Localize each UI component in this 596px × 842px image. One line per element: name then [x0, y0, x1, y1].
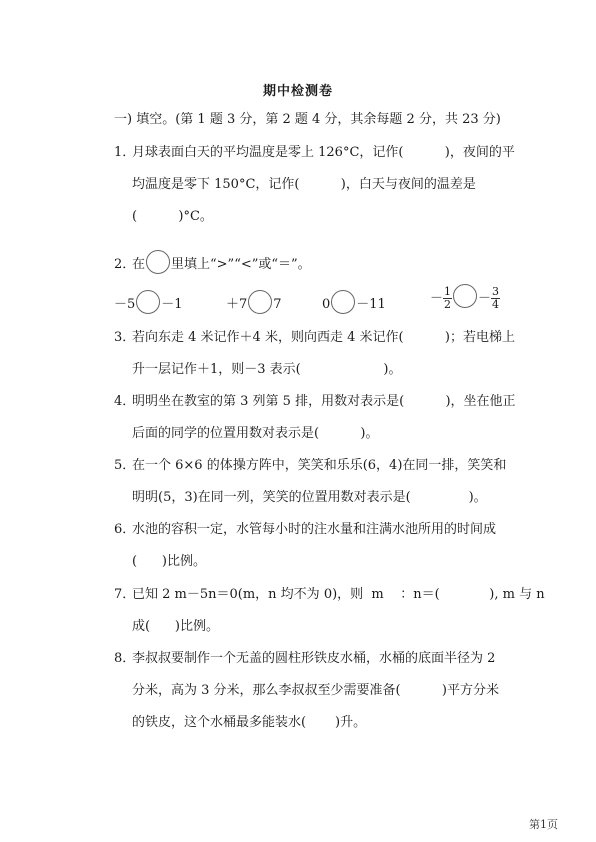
question-3-line-1: 3．若向东走 4 米记作＋4 米，则向西走 4 米记作( )；若电梯上 [114, 330, 515, 346]
answer-circle-icon[interactable] [136, 290, 160, 314]
question-text: 里填上“>”“<”或“＝”。 [171, 257, 311, 272]
question-number: 4． [114, 394, 132, 410]
question-number: 5． [114, 458, 132, 474]
question-number: 1． [114, 145, 132, 161]
comparison-4: －12－34 [430, 284, 500, 311]
question-text: 明明坐在教室的第 3 列第 5 排，用数对表示是( )，坐在他正 [132, 394, 516, 409]
page-title: 期中检测卷 [0, 80, 596, 99]
question-text: 水池的容积一定，水管每小时的注水量和注满水池所用的时间成 [132, 522, 496, 537]
question-number: 2． [114, 257, 132, 273]
answer-circle-icon[interactable] [331, 290, 355, 314]
question-number: 6． [114, 522, 132, 538]
question-7-line-2: 成( )比例。 [132, 619, 219, 635]
comparison-left: ＋7 [226, 297, 247, 312]
question-5-line-1: 5．在一个 6×6 的体操方阵中，笑笑和乐乐(6，4)在同一排，笑笑和 [114, 458, 506, 474]
question-5-line-2: 明明(5，3)在同一列，笑笑的位置用数对表示是( )。 [132, 490, 487, 506]
question-2-line-1: 2．在里填上“>”“<”或“＝”。 [114, 250, 311, 274]
comparison-right: －1 [161, 297, 182, 312]
question-6-line-1: 6．水池的容积一定，水管每小时的注水量和注满水池所用的时间成 [114, 522, 496, 538]
question-text: 月球表面白天的平均温度是零上 126°C，记作( )，夜间的平 [132, 145, 515, 160]
question-text: 已知 2 m－5n＝0(m，n 均不为 0)，则 m ：n＝( ), m 与 n [132, 587, 545, 602]
question-number: 3． [114, 330, 132, 346]
section-label: 一) [114, 112, 132, 127]
comparison-right: 7 [273, 297, 281, 312]
question-1-line-2: 均温度是零下 150°C，记作( )，白天与夜间的温差是 [132, 177, 476, 193]
comparison-1: －5－1 [114, 290, 183, 314]
question-7-line-1: 7．已知 2 m－5n＝0(m，n 均不为 0)，则 m ：n＝( ), m 与… [114, 587, 545, 603]
question-1-line-3: ( )°C。 [132, 209, 213, 225]
question-text: 李叔叔要制作一个无盖的圆柱形铁皮水桶，水桶的底面半径为 2 [132, 651, 495, 666]
question-number: 7． [114, 587, 132, 603]
section-heading: 一) 填空。(第 1 题 3 分，第 2 题 4 分，其余每题 2 分，共 23… [114, 112, 501, 128]
question-4-line-1: 4．明明坐在教室的第 3 列第 5 排，用数对表示是( )，坐在他正 [114, 394, 516, 410]
question-text: 若向东走 4 米记作＋4 米，则向西走 4 米记作( )；若电梯上 [132, 330, 515, 345]
denominator: 2 [443, 299, 452, 311]
question-8-line-1: 8．李叔叔要制作一个无盖的圆柱形铁皮水桶，水桶的底面半径为 2 [114, 651, 495, 667]
question-4-line-2: 后面的同学的位置用数对表示是( )。 [132, 426, 378, 442]
fraction-sign: － [478, 291, 491, 306]
answer-circle-icon[interactable] [453, 284, 477, 308]
question-number: 8． [114, 651, 132, 667]
question-text: 在 [132, 257, 145, 272]
question-6-line-2: ( )比例。 [132, 554, 206, 570]
comparison-2: ＋77 [226, 290, 282, 314]
section-text: 填空。(第 1 题 3 分，第 2 题 4 分，其余每题 2 分，共 23 分) [132, 112, 501, 127]
question-8-line-2: 分米，高为 3 分米，那么李叔叔至少需要准备( )平方分米 [132, 683, 499, 699]
question-8-line-3: 的铁皮，这个水桶最多能装水( )升。 [132, 715, 366, 731]
fraction-sign: － [430, 291, 443, 306]
fraction-left: 12 [443, 286, 452, 311]
comparison-left: －5 [114, 297, 135, 312]
exam-page: 期中检测卷 一) 填空。(第 1 题 3 分，第 2 题 4 分，其余每题 2 … [0, 0, 596, 842]
answer-circle-icon[interactable] [248, 290, 272, 314]
comparison-left: 0 [322, 297, 330, 312]
question-text: 在一个 6×6 的体操方阵中，笑笑和乐乐(6，4)在同一排，笑笑和 [132, 458, 506, 473]
question-3-line-2: 升一层记作＋1，则－3 表示( )。 [132, 362, 401, 378]
denominator: 4 [491, 299, 500, 311]
comparison-right: －11 [356, 297, 386, 312]
page-number: 第1页 [529, 816, 558, 832]
comparison-3: 0－11 [322, 290, 386, 314]
question-1-line-1: 1．月球表面白天的平均温度是零上 126°C，记作( )，夜间的平 [114, 145, 515, 161]
fraction-right: 34 [491, 286, 500, 311]
answer-circle-icon[interactable] [146, 250, 170, 274]
